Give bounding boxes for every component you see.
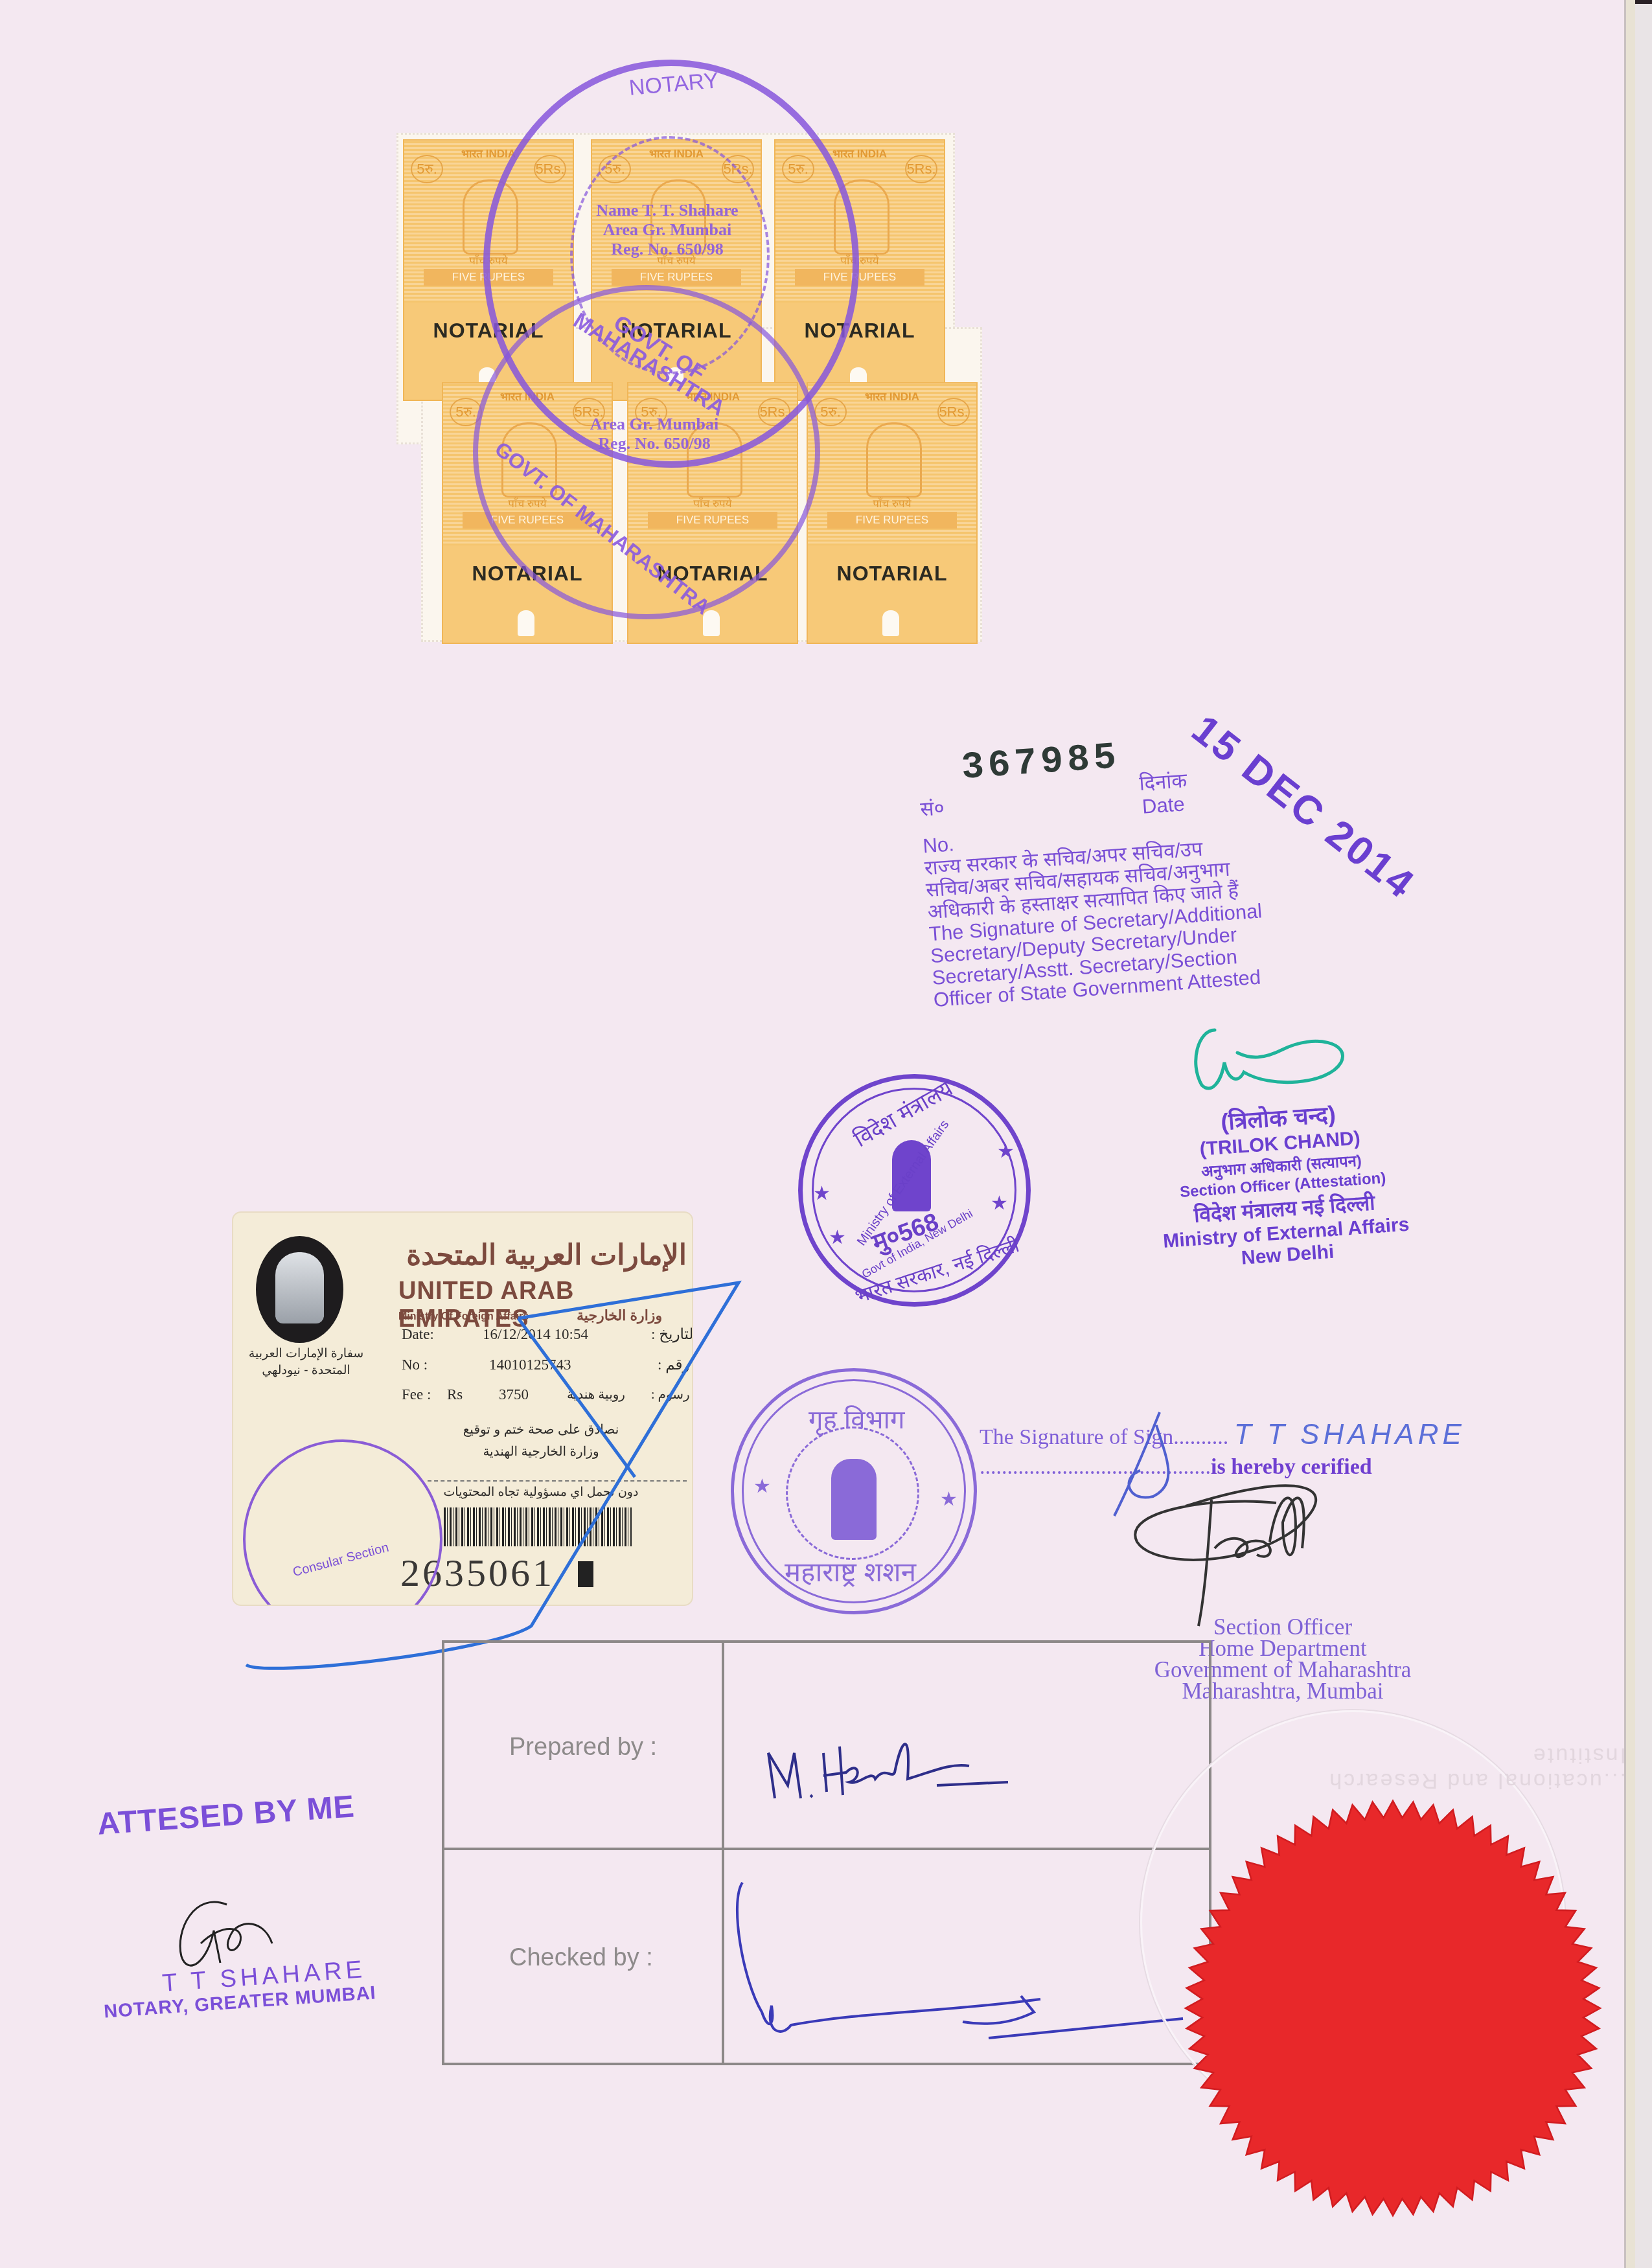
stamp-value-en: 5Rs. (905, 155, 937, 183)
emblem-perforation-icon (518, 610, 534, 636)
ashoka-emblem-icon (831, 1459, 877, 1540)
verification-table: Prepared by : Checked by : (442, 1640, 1211, 2065)
notary-name: Name T. T. Shahare (551, 201, 784, 220)
star-icon: ★ (991, 1192, 1008, 1215)
handwritten-name: T T SHAHARE (1234, 1419, 1465, 1450)
blue-cross-signature (1101, 1406, 1231, 1522)
star-icon: ★ (829, 1226, 846, 1249)
notary-area: Area Gr. Mumbai (551, 220, 784, 240)
embossed-seal-text: ...ucational and Research Institute (1244, 1743, 1626, 1793)
star-icon: ★ (940, 1488, 958, 1511)
star-icon: ★ (997, 1140, 1015, 1163)
attested-by-me-stamp: ATTESED BY ME (97, 1789, 356, 1842)
stamp-value-words-hi: पाँच रुपये (827, 494, 957, 512)
officer-line: Section Officer (1101, 1616, 1464, 1638)
home-department-seal: गृह विभाग महाराष्ट्र शशन ★ ★ (731, 1368, 977, 1614)
date-label-en: Date (1141, 793, 1186, 818)
stamp-value-hi: 5रु. (814, 398, 847, 426)
red-wafer-seal (1186, 1801, 1600, 2216)
document-page: भारत INDIA5रु.5Rs.पाँच रुपयेFIVE RUPEESN… (0, 0, 1635, 2268)
star-icon: ★ (813, 1182, 831, 1205)
stamp-overprint: NOTARIAL (808, 562, 976, 586)
stamp-value-hi: 5रु. (411, 155, 443, 183)
trilok-chand-signature (1186, 1024, 1393, 1095)
mea-attestation-stamp: 367985 सं० दिनांक Date No. राज्य सरकार क… (917, 729, 1386, 1011)
emblem-perforation-icon (882, 610, 899, 636)
home-seal-top-hi: गृह विभाग (809, 1401, 904, 1436)
prepared-by-label: Prepared by : (509, 1734, 657, 1761)
notary-reg: Reg. No. 650/98 (551, 240, 784, 259)
prepared-by-signature (755, 1708, 1157, 1811)
stamp-value-en: 5Rs. (937, 398, 970, 426)
lion-capital-icon (866, 422, 922, 498)
date-label-hi: दिनांक (1138, 770, 1187, 795)
star-icon: ★ (753, 1475, 771, 1498)
table-row-divider (444, 1848, 1209, 1850)
stamp-value-words-en: FIVE RUPEES (827, 512, 957, 529)
no-label-hi: सं० (919, 797, 945, 821)
table-column-divider (722, 1643, 724, 2063)
blue-pen-cross-mark (246, 1263, 777, 1665)
checked-by-signature (729, 1863, 1183, 2057)
mea-round-seal: विदेश मंत्रालय Ministry of External Affa… (798, 1074, 1031, 1307)
checked-by-label: Checked by : (509, 1944, 653, 1972)
mea-serial-number: 367985 (961, 747, 1121, 780)
notary-reg-repeat: Reg. No. 650/98 (557, 434, 751, 453)
home-seal-bottom-hi: महाराष्ट्र शशन (785, 1553, 916, 1590)
notarial-revenue-stamp: भारत INDIA5रु.5Rs.पाँच रुपयेFIVE RUPEESN… (807, 382, 978, 644)
mea-officer-stamp: (त्रिलोक चन्द) (TRILOK CHAND) अनुभाग अधि… (1096, 1089, 1469, 1279)
notary-seal-details: Name T. T. Shahare Area Gr. Mumbai Reg. … (551, 201, 784, 259)
